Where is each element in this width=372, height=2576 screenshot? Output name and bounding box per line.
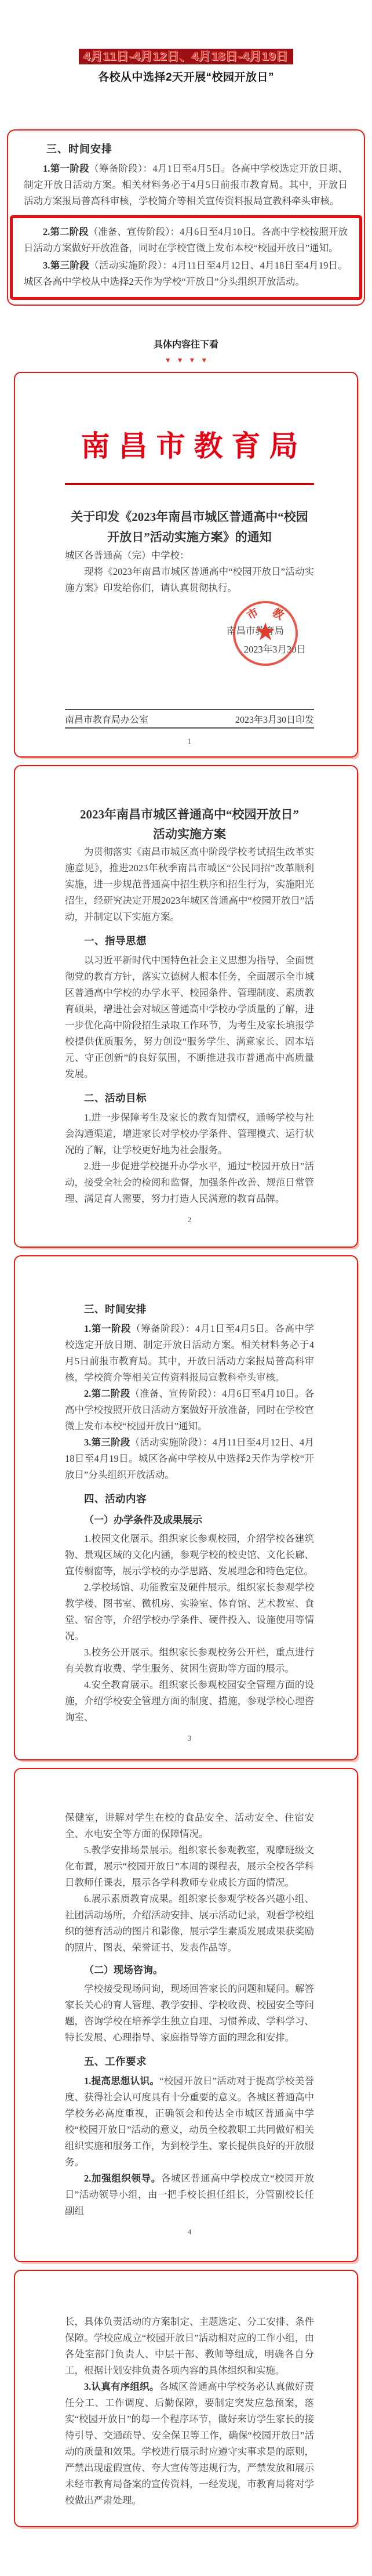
section-3-heading: 三、时间安排 — [65, 1302, 314, 1316]
down-arrows-icon: ▼▼▼▼ — [0, 356, 372, 364]
stage3-paragraph: 3.第三阶段（活动实施阶段）：4月11日至4月12日、4月18日至4月19日。城… — [65, 1434, 314, 1483]
content-item-6: 6.展示素质教育成果。组织家长参观学校各兴趣小组、社团活动场所，介绍活动安排、展… — [65, 1891, 314, 1956]
highlight-subtitle: 各校从中选择2天开展“校园开放日” — [0, 68, 372, 84]
red-divider — [65, 483, 314, 485]
goal-2-paragraph: 2.进一步促进学校提升办学水平，通过“校园开放日”活动，接受全社会的检阅和监督，… — [65, 1158, 314, 1207]
plan-title-line1: 2023年南昌市城区普通高中“校园开放日” — [65, 805, 314, 824]
footer-issued: 2023年3月30日印发 — [235, 712, 314, 726]
notice-body: 现将《2023年南昌市城区普通高中“校园开放日”活动实施方案》印发给你们，请认真… — [65, 564, 314, 596]
stage1-lead: 1.第一阶段 — [84, 1323, 131, 1334]
stage1-paragraph: 1.第一阶段（筹备阶段）：4月1日至4月5日。各高中学校选定开放日期、制定开放日… — [65, 1321, 314, 1386]
goal-1-paragraph: 1.进一步保障考生及家长的教育知情权，通畅学校与社会沟通渠道，增进家长对学校办学… — [65, 1110, 314, 1158]
section-5-heading: 五、工作要求 — [65, 2054, 314, 2068]
content-item-3: 3.校务公开展示。组织家长参观校务公开栏，重点进行有关教育收费、学生服务、贫困生… — [65, 1644, 314, 1677]
stage2-paragraph: 2.第二阶段（准备、宣传阶段）：4月6日至4月10日。各高中学校按照开放日活动方… — [24, 224, 348, 256]
page-number: 3 — [65, 1734, 314, 1747]
official-seal: 市 教 ★ — [233, 601, 298, 666]
subsection-1-heading: （一）办学条件及成果展示 — [65, 1512, 314, 1526]
section-1-heading: 一、指导思想 — [65, 933, 314, 948]
requirement-3-lead: 3.认真有序组织。 — [84, 2381, 159, 2392]
plan-title: 2023年南昌市城区普通高中“校园开放日” 活动实施方案 — [65, 805, 314, 844]
requirement-3-text: 各城区普通高中学校务必认真做好责任分工、工作调度、后勤保障，要制定突发应急预案，… — [65, 2381, 314, 2506]
highlight-dates: 4月11日-4月12日、4月18日-4月19日 — [79, 49, 293, 64]
salutation: 城区各普通高（完）中学校： — [65, 548, 314, 564]
document-footer: 南昌市教育局办公室 2023年3月30日印发 — [65, 709, 314, 729]
page-number: 4 — [65, 2227, 314, 2240]
requirement-1: 1.提高思想认识。“校园开放日”活动对于提高学校美誉度、获得社会认可度具有十分重… — [65, 2073, 314, 2171]
content-item-5: 5.教学安排场景展示。组织家长参观教室，观摩班级文化布置，展示“校园开放日”本周… — [65, 1842, 314, 1891]
notice-title: 关于印发《2023年南昌市城区普通高中“校园开放日”活动实施方案》的通知 — [65, 507, 314, 548]
red-highlight-frame: 2.第二阶段（准备、宣传阶段）：4月6日至4月10日。各高中学校按照开放日活动方… — [10, 215, 362, 300]
intro-section: 4月11日-4月12日、4月18日-4月19日 各校从中选择2天开展“校园开放日… — [0, 0, 372, 84]
guiding-thought-paragraph: 以习近平新时代中国特色社会主义思想为指导，全面贯彻党的教育方针，落实立德树人根本… — [65, 952, 314, 1082]
section-4-heading: 四、活动内容 — [65, 1491, 314, 1506]
requirement-2-lead: 2.加强组织领导。 — [84, 2173, 161, 2184]
document-page-5: 长，具体负责活动的方案制定、主题选定、分工安排、条件保障。学校应成立“校园开放日… — [14, 2270, 358, 2527]
plan-title-line2: 活动实施方案 — [65, 824, 314, 844]
schedule-heading: 三、时间安排 — [46, 141, 364, 156]
plan-intro: 为贯彻落实《南昌市城区高中阶段学校考试招生改革实施意见》，推进2023年秋季南昌… — [65, 844, 314, 925]
more-content-label: 具体内容往下看 — [0, 337, 372, 350]
consult-paragraph: 学校接受现场问询，现场回答家长的问题和疑问。解答家长关心的育人管理、教学安排、学… — [65, 1981, 314, 2046]
content-item-1: 1.校园文化展示。组织家长参观校园，介绍学校各建筑物、景观区域的文化内涵，参观学… — [65, 1531, 314, 1579]
section-2-heading: 二、活动目标 — [65, 1090, 314, 1105]
page-number: 1 — [65, 737, 314, 749]
stage3-lead: 3.第三阶段 — [43, 260, 89, 271]
content-item-4-continued: 保健室，讲解对学生在校的食品安全、活动安全、住宿安全、水电安全等方面的保障情况。 — [65, 1810, 314, 1842]
schedule-preview-box: 三、时间安排 1.第一阶段（筹备阶段）：4月1日至4月5日。各高中学校选定开放日… — [7, 129, 365, 306]
requirement-3: 3.认真有序组织。各城区普通高中学校务必认真做好责任分工、工作调度、后勤保障，要… — [65, 2379, 314, 2509]
stage2-paragraph: 2.第二阶段（准备、宣传阶段）：4月6日至4月10日。各高中学校按照开放日活动方… — [65, 1386, 314, 1434]
content-item-2: 2.学校场馆、功能教室及硬件展示。组织家长参观学校教学楼、图书室、微机房、实验室… — [65, 1579, 314, 1644]
stage2-lead: 2.第二阶段 — [84, 1388, 130, 1399]
agency-title: 南昌市教育局 — [65, 423, 314, 465]
document-page-1: 南昌市教育局 关于印发《2023年南昌市城区普通高中“校园开放日”活动实施方案》… — [14, 372, 358, 758]
signature-block: 南昌市教育局 2023年3月30日 市 教 ★ — [65, 596, 314, 700]
stage3-paragraph: 3.第三阶段（活动实施阶段）：4月11日至4月12日、4月18日至4月19日。城… — [24, 258, 348, 290]
seal-star-icon: ★ — [254, 620, 276, 644]
requirement-2-continued: 长，具体负责活动的方案制定、主题选定、分工安排、条件保障。学校应成立“校园开放日… — [65, 2314, 314, 2379]
subsection-2-heading: （二）现场咨询。 — [65, 1962, 314, 1976]
footer-office: 南昌市教育局办公室 — [65, 712, 148, 726]
page-number: 2 — [65, 1215, 314, 1228]
stage1-paragraph: 1.第一阶段（筹备阶段）：4月1日至4月5日。各高中学校选定开放日期、制定开放日… — [24, 161, 348, 209]
stage3-lead: 3.第三阶段 — [84, 1437, 130, 1448]
document-page-2: 2023年南昌市城区普通高中“校园开放日” 活动实施方案 为贯彻落实《南昌市城区… — [14, 765, 358, 1248]
stage2-lead: 2.第二阶段 — [43, 226, 89, 237]
requirement-1-text: “校园开放日”活动对于提高学校美誉度、获得社会认可度具有十分重要的意义。各城区普… — [65, 2075, 314, 2168]
stage1-lead: 1.第一阶段 — [43, 163, 89, 174]
content-item-4: 4.安全教育展示。组织家长参观校园安全管理方面的设施，介绍学校安全管理方面的制度… — [65, 1677, 314, 1726]
document-page-4: 保健室，讲解对学生在校的食品安全、活动安全、住宿安全、水电安全等方面的保障情况。… — [14, 1768, 358, 2262]
document-page-3: 三、时间安排 1.第一阶段（筹备阶段）：4月1日至4月5日。各高中学校选定开放日… — [14, 1255, 358, 1760]
requirement-1-lead: 1.提高思想认识。 — [84, 2075, 159, 2086]
requirement-2: 2.加强组织领导。各城区普通高中学校成立“校园开放日”活动领导小组，由一把手校长… — [65, 2171, 314, 2219]
